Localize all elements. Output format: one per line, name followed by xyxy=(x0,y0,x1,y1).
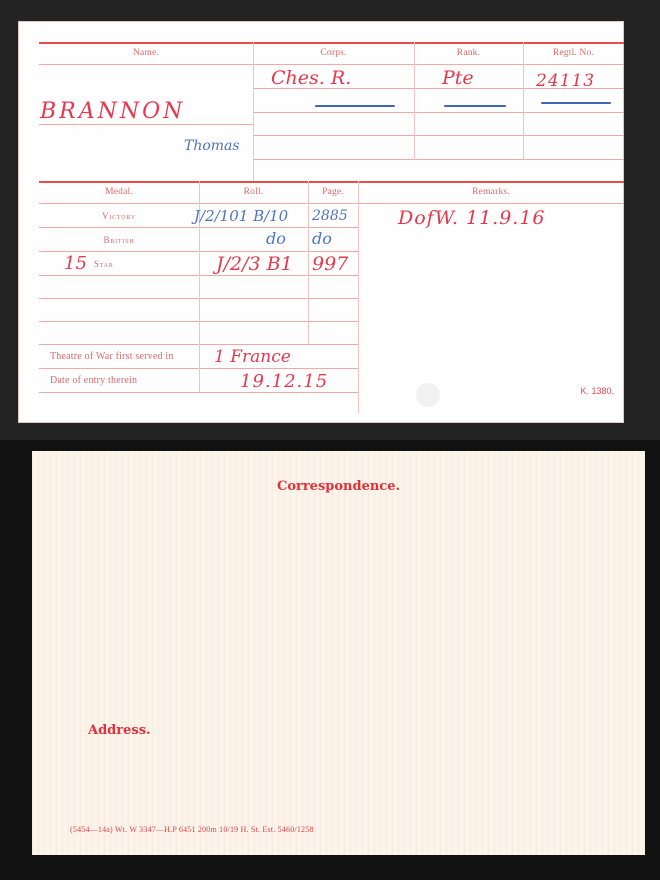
col-divider-rank-regtl xyxy=(523,42,524,160)
col-divider-roll-page xyxy=(308,181,309,344)
theatre-label: Theatre of War first served in xyxy=(50,351,200,362)
rank-value: Pte xyxy=(442,67,474,89)
regtl-no-value: 24113 xyxy=(536,71,595,91)
medal-section-rule xyxy=(39,181,624,183)
ditto-mark-corps xyxy=(315,105,395,107)
medal-row-british-label: British xyxy=(39,235,199,245)
row-line xyxy=(39,392,358,393)
corps-value: Ches. R. xyxy=(271,67,351,89)
corps-header: Corps. xyxy=(253,48,414,58)
medal-row-victory-label: Victory xyxy=(39,211,199,221)
theatre-value: 1 France xyxy=(214,347,291,367)
col-divider-name-corps xyxy=(253,42,254,182)
regtl-no-header: Regtl. No. xyxy=(523,48,624,58)
rank-header: Rank. xyxy=(414,48,523,58)
medal-header-underline xyxy=(39,203,624,204)
medal-row-british-page: do xyxy=(312,229,332,248)
surname-value: BRANNON xyxy=(40,99,185,124)
medal-row-victory-page: 2885 xyxy=(312,208,348,224)
medal-row-star-label: Star xyxy=(94,259,154,269)
entry-date-label: Date of entry therein xyxy=(50,375,200,386)
correspondence-heading: Correspondence. xyxy=(32,479,645,494)
medal-card-back: Correspondence. Address. (5454—14a) Wt. … xyxy=(32,451,645,855)
address-label: Address. xyxy=(88,723,151,738)
row-line xyxy=(253,135,624,136)
printer-imprint: (5454—14a) Wt. W 3347—H.P 6451 200m 10/1… xyxy=(70,825,314,834)
row-line xyxy=(253,112,624,113)
medal-row-british-roll: do xyxy=(266,229,286,248)
ditto-mark-rank xyxy=(444,105,506,107)
entry-date-value: 19.12.15 xyxy=(240,371,328,392)
page-header: Page. xyxy=(308,187,358,197)
col-divider-page-remarks xyxy=(358,181,359,413)
forename-value: Thomas xyxy=(184,138,240,154)
name-underline xyxy=(39,124,253,125)
medal-header: Medal. xyxy=(39,187,199,197)
name-header: Name. xyxy=(39,48,253,58)
col-divider-corps-rank xyxy=(414,42,415,160)
medal-row-star-page: 997 xyxy=(312,253,348,275)
medal-row-star-prefix: 15 xyxy=(64,253,87,274)
top-rule xyxy=(39,42,624,44)
header-underline xyxy=(39,64,624,65)
medal-row-victory-roll: J/2/101 B/10 xyxy=(194,207,288,225)
remarks-header: Remarks. xyxy=(358,187,624,197)
row-line xyxy=(253,159,624,160)
ditto-mark-regtl xyxy=(541,102,611,104)
form-number: K. 1380. xyxy=(580,386,614,396)
medal-card-front: Name. Corps. Rank. Regtl. No. BRANNON Th… xyxy=(18,21,624,423)
roll-header: Roll. xyxy=(199,187,308,197)
stamp-mark xyxy=(416,383,440,407)
medal-row-star-roll: J/2/3 B1 xyxy=(216,253,293,275)
remarks-value: DofW. 11.9.16 xyxy=(398,207,546,229)
